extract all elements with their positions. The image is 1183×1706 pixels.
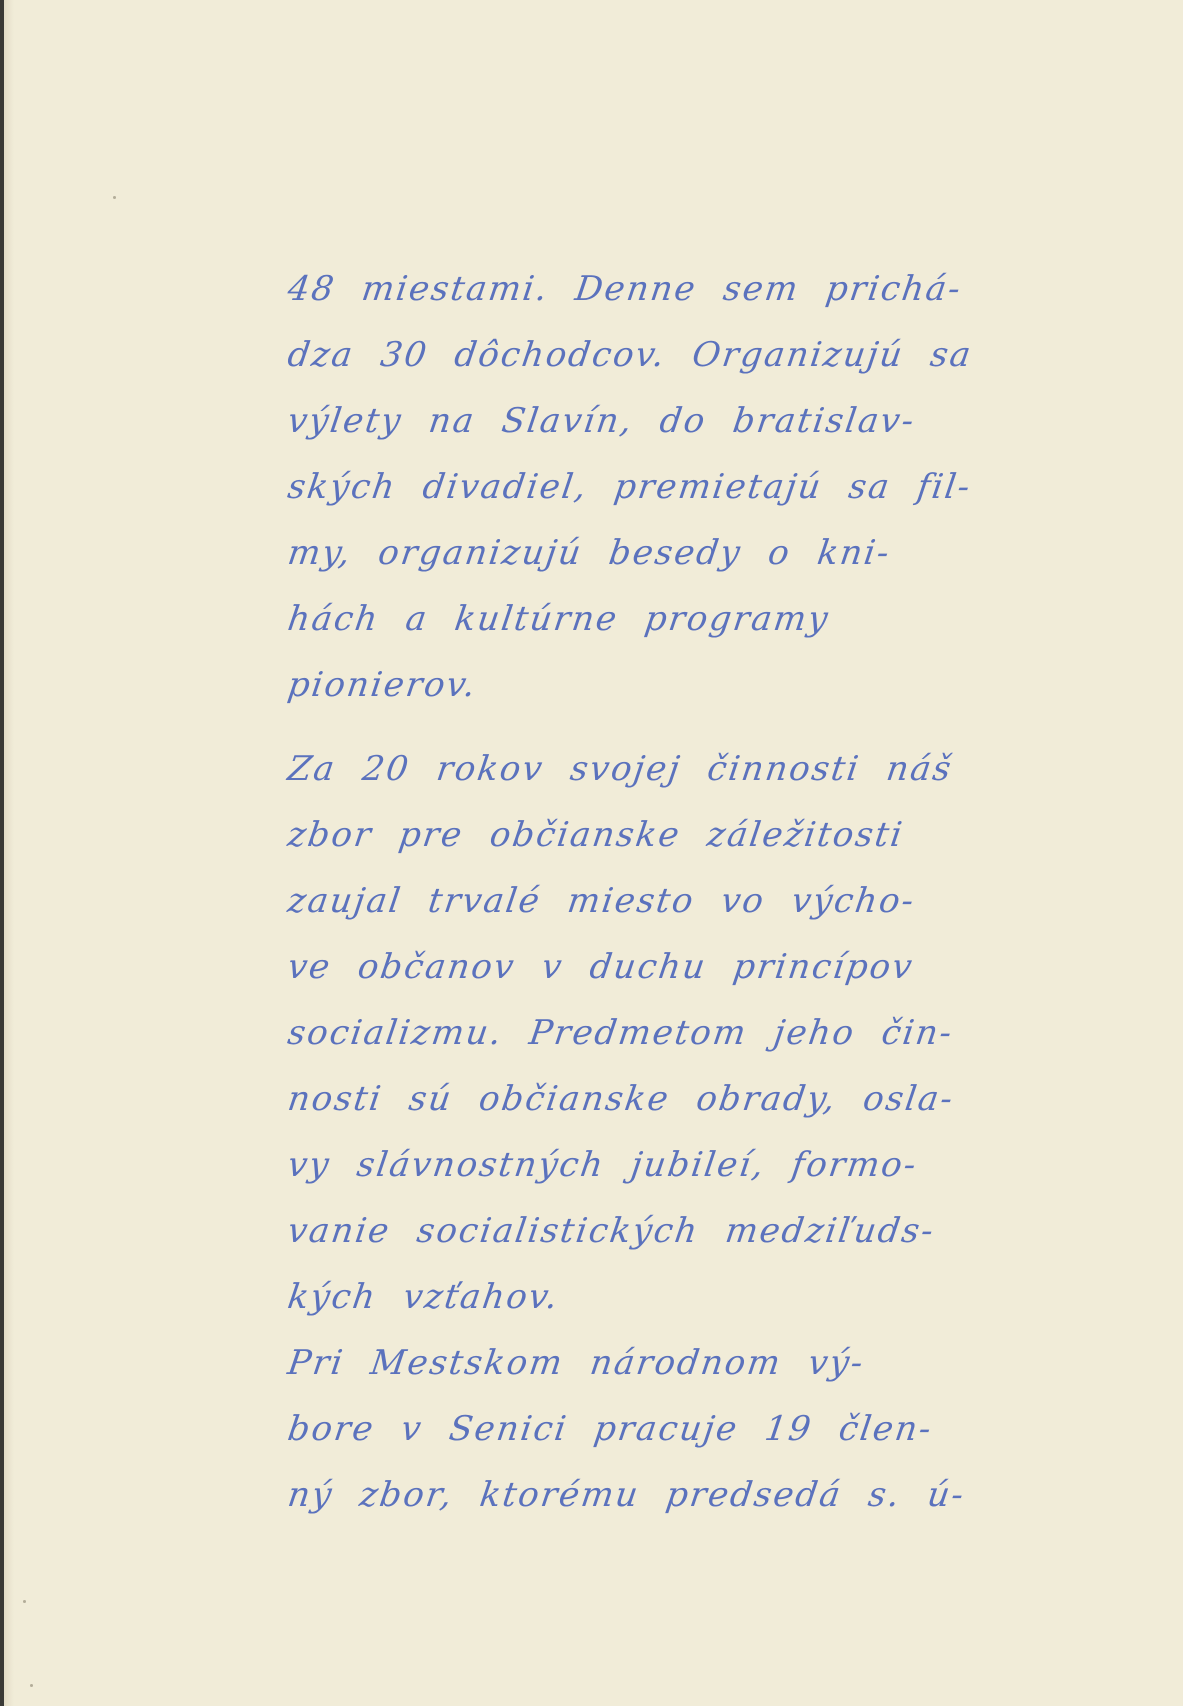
- handwritten-line: ských divadiel, premietajú sa fil-: [283, 454, 1052, 520]
- handwritten-line: hách a kultúrne programy: [283, 586, 1052, 652]
- handwritten-line: zbor pre občianske záležitosti: [283, 802, 1052, 868]
- handwritten-line: vy slávnostných jubileí, formo-: [283, 1132, 1052, 1198]
- handwritten-line: Za 20 rokov svojej činnosti náš: [283, 736, 1052, 802]
- page-edge-shadow: [4, 0, 14, 1706]
- handwritten-line: bore v Senici pracuje 19 člen-: [283, 1396, 1052, 1462]
- handwritten-line: ný zbor, ktorému predsedá s. ú-: [283, 1462, 1052, 1528]
- handwritten-line: kých vzťahov.: [283, 1264, 1052, 1330]
- handwritten-line: nosti sú občianske obrady, osla-: [283, 1066, 1052, 1132]
- handwritten-line: dza 30 dôchodcov. Organizujú sa: [283, 322, 1052, 388]
- handwritten-line: Pri Mestskom národnom vý-: [283, 1330, 1052, 1396]
- paper-speck: [113, 196, 116, 199]
- handwritten-line: ve občanov v duchu princípov: [283, 934, 1052, 1000]
- paragraph-2: Za 20 rokov svojej činnosti náš zbor pre…: [288, 736, 1048, 1528]
- document-page: 48 miestami. Denne sem prichá- dza 30 dô…: [0, 0, 1183, 1706]
- handwritten-line: socializmu. Predmetom jeho čin-: [283, 1000, 1052, 1066]
- handwritten-line: vanie socialistických medziľuds-: [283, 1198, 1052, 1264]
- paper-speck: [30, 1684, 33, 1687]
- paragraph-1: 48 miestami. Denne sem prichá- dza 30 dô…: [288, 256, 1048, 718]
- handwritten-line: pionierov.: [283, 652, 1052, 718]
- handwritten-line: my, organizujú besedy o kni-: [283, 520, 1052, 586]
- paper-speck: [23, 1600, 26, 1603]
- handwritten-line: 48 miestami. Denne sem prichá-: [283, 256, 1052, 322]
- handwritten-line: zaujal trvalé miesto vo výcho-: [283, 868, 1052, 934]
- handwritten-line: výlety na Slavín, do bratislav-: [283, 388, 1052, 454]
